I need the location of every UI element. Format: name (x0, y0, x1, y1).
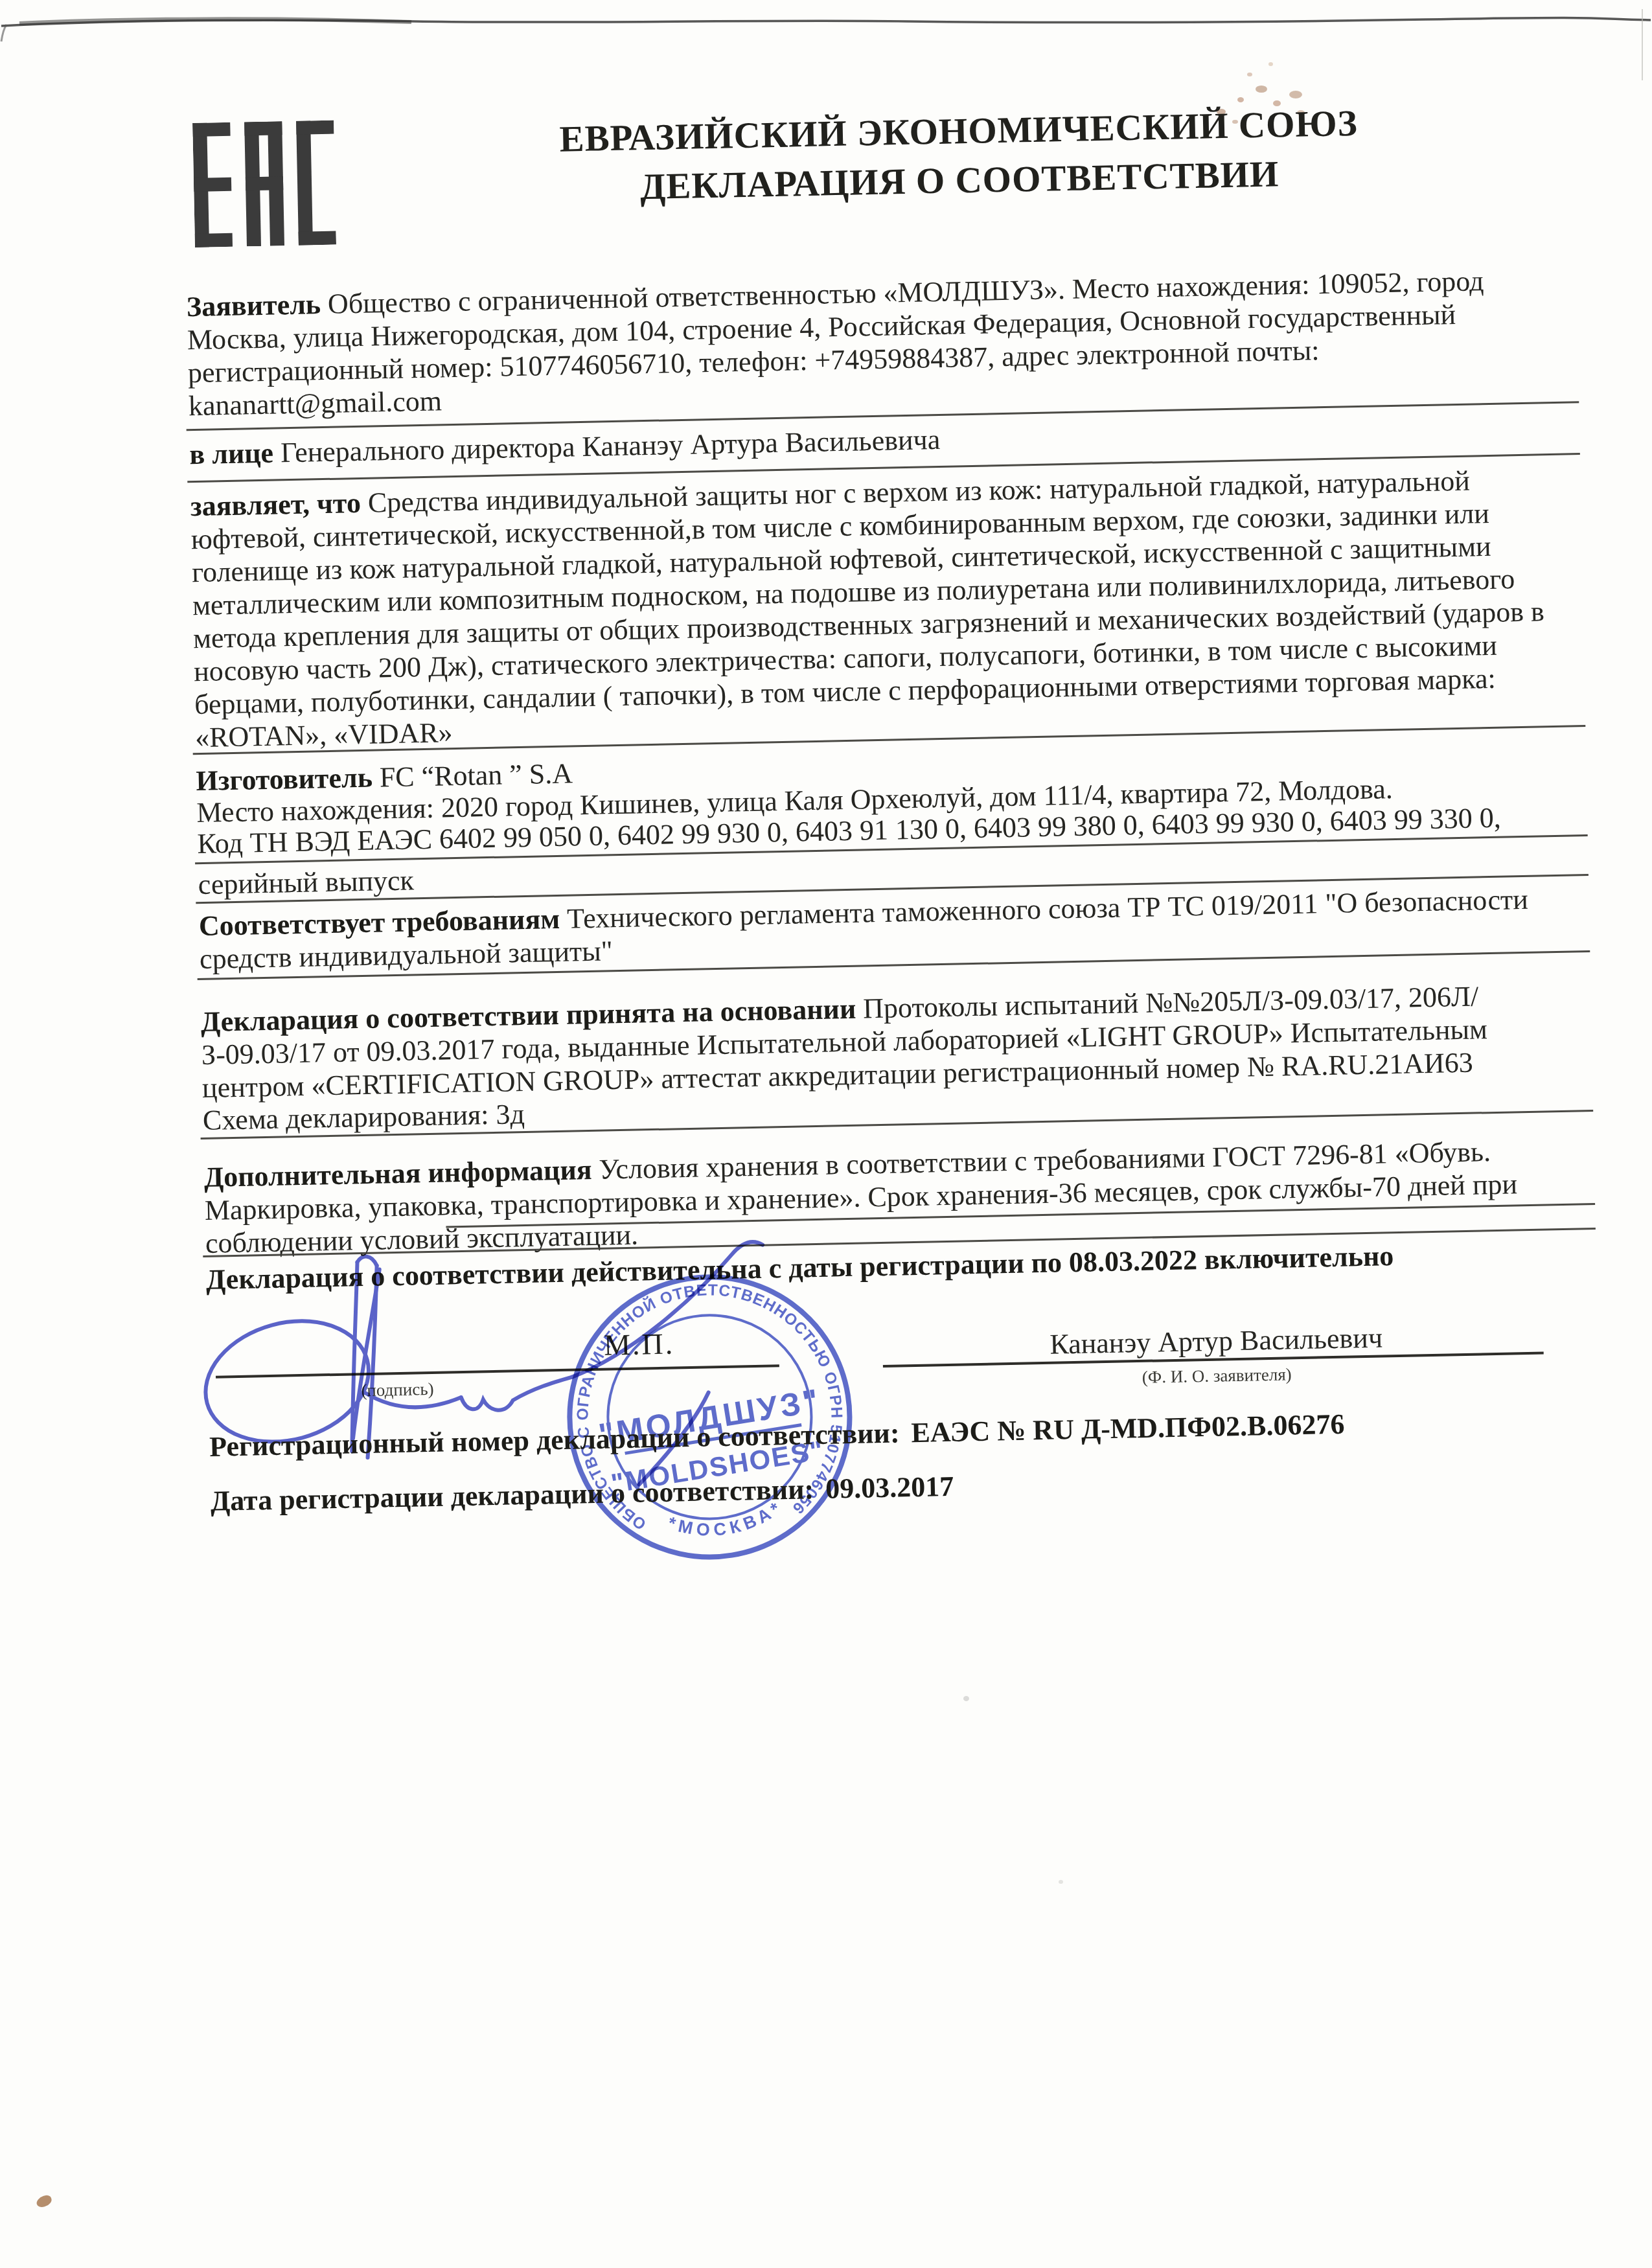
in-person-text: Генерального директора Кананэу Артура Ва… (281, 424, 941, 468)
section-applicant: Заявитель Общество с ограниченной ответс… (186, 262, 1580, 422)
conforms-label: Соответствует требованиям (199, 903, 568, 942)
applicant-label: Заявитель (186, 288, 328, 323)
manufacturer-name: FC “Rotan ” S.A (379, 757, 573, 793)
applicant-text: Общество с ограниченной ответственностью… (187, 265, 1484, 422)
registration-number-value: ЕАЭС № RU Д-MD.ПФ02.В.06276 (911, 1408, 1345, 1449)
registration-date-value: 09.03.2017 (825, 1471, 954, 1505)
scanned-declaration-page: ЕВРАЗИЙСКИЙ ЭКОНОМИЧЕСКИЙ СОЮЗ ДЕКЛАРАЦИ… (0, 0, 1652, 2268)
eac-logo (192, 120, 336, 247)
section-in-person: в лице Генерального директора Кананэу Ар… (189, 410, 1581, 471)
applicant-fio-name: Кананэу Артур Васильевич (889, 1318, 1544, 1364)
document-content: ЕВРАЗИЙСКИЙ ЭКОНОМИЧЕСКИЙ СОЮЗ ДЕКЛАРАЦИ… (0, 0, 1652, 2268)
section-declares: заявляет, что Средства индивидуальной за… (190, 462, 1587, 754)
manufacturer-label: Изготовитель (196, 761, 380, 797)
declares-label: заявляет, что (190, 487, 369, 522)
declares-text: Средства индивидуальной защиты ног с вер… (191, 465, 1545, 754)
in-person-label: в лице (189, 437, 281, 470)
company-stamp: ОБЩЕСТВО С ОГРАНИЧЕННОЙ ОТВЕТСТВЕННОСТЬЮ… (539, 1246, 880, 1588)
